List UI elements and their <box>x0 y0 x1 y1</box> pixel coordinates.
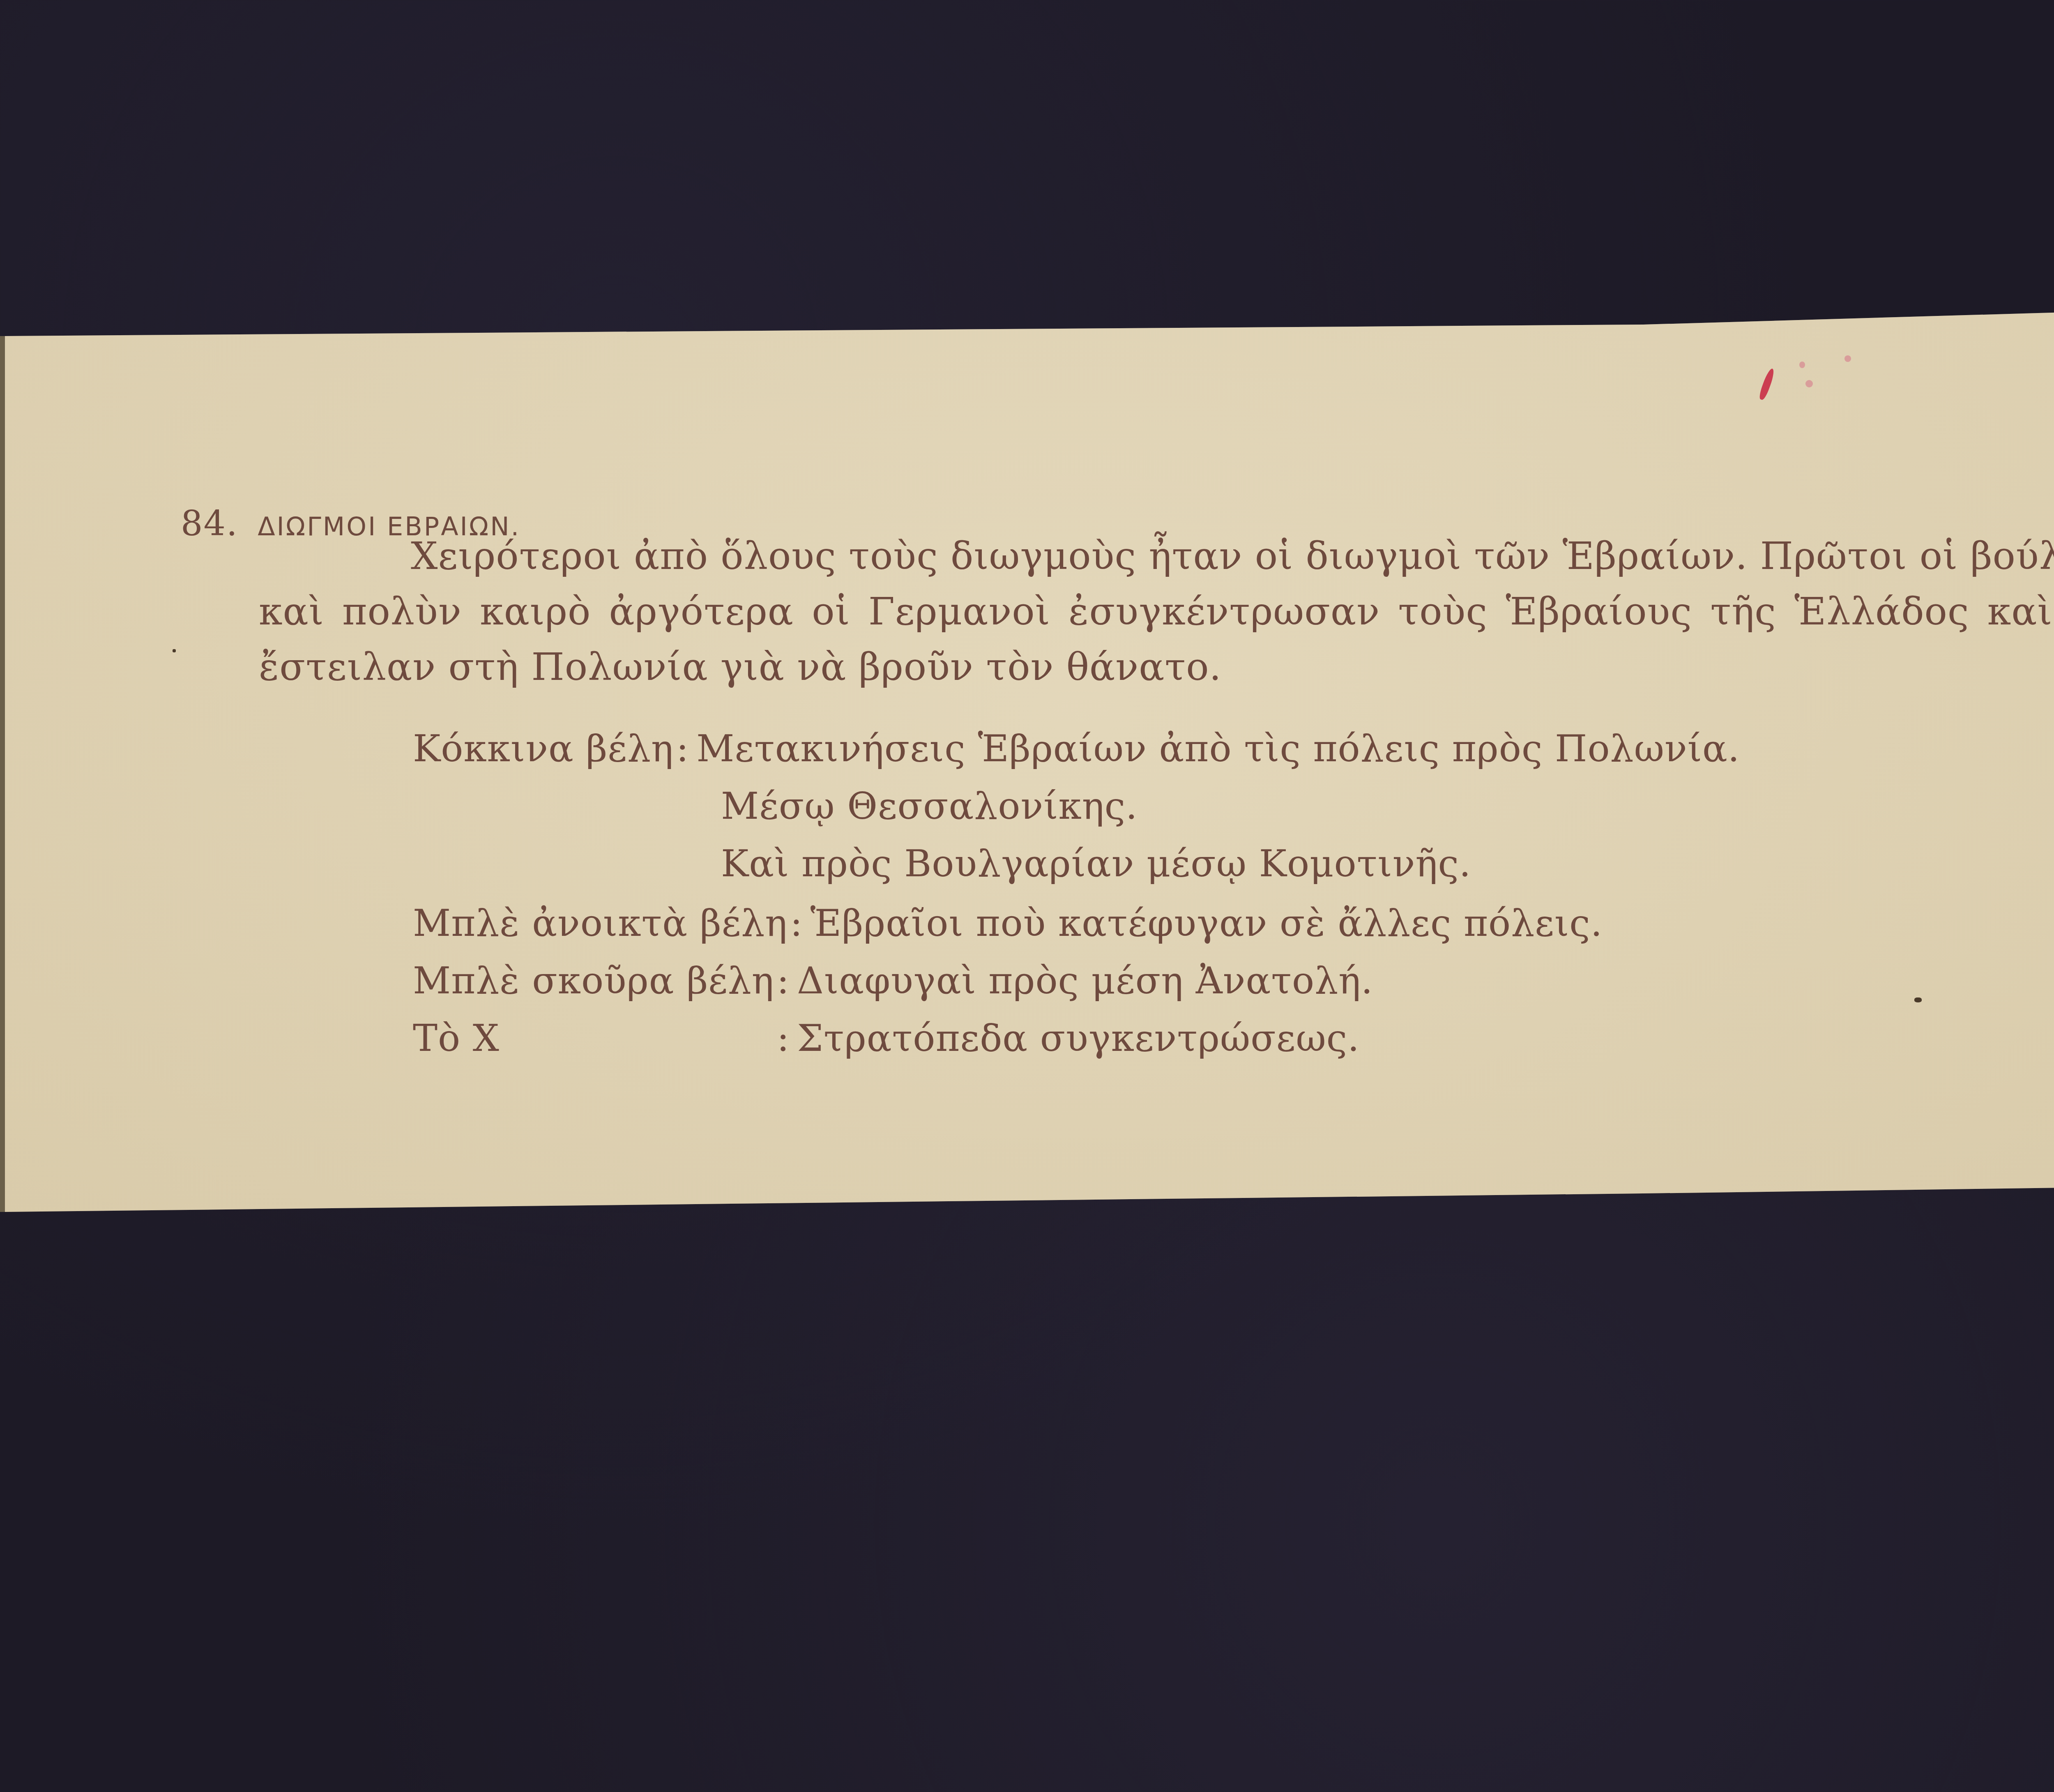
paper-speck <box>173 649 176 652</box>
legend-separator: : <box>676 727 689 770</box>
legend-item-red-arrows: Κόκκινα βέλη:Μετακινήσεις Ἑβραίων ἀπὸ τὶ… <box>413 727 1740 770</box>
paragraph-line: καὶ πολὺν καιρὸ ἀργότερα οἱ Γερμανοὶ ἐσυ… <box>259 590 2054 633</box>
legend-separator: : <box>790 902 803 945</box>
red-ink-dot <box>1805 380 1813 387</box>
red-ink-mark <box>1758 367 1776 401</box>
red-ink-dot <box>1844 355 1851 362</box>
section-number: 84. <box>181 503 238 544</box>
paper-speck <box>1914 997 1922 1002</box>
legend-item-dark-blue-arrows: Μπλὲ σκοῦρα βέλη:Διαφυγαὶ πρὸς μέση Ἀνατ… <box>413 959 1373 1002</box>
legend-separator: : <box>777 1017 790 1060</box>
legend-description: Στρατόπεδα συγκεντρώσεως. <box>797 1017 1360 1060</box>
legend-description: Μέσῳ Θεσσαλονίκης. <box>721 785 1138 828</box>
legend-description: Μετακινήσεις Ἑβραίων ἀπὸ τὶς πόλεις πρὸς… <box>696 727 1740 770</box>
legend-item-continuation: Μέσῳ Θεσσαλονίκης. <box>721 785 1138 828</box>
legend-description: Διαφυγαὶ πρὸς μέση Ἀνατολή. <box>797 959 1373 1002</box>
legend-label: Κόκκινα βέλη <box>413 727 674 770</box>
legend-label: Μπλὲ σκοῦρα βέλη <box>413 959 774 1002</box>
legend-item-light-blue-arrows: Μπλὲ ἀνοικτὰ βέλη:Ἑβραῖοι ποὺ κατέφυγαν … <box>413 902 1603 945</box>
paragraph-line: ἔστειλαν στὴ Πολωνία γιὰ νὰ βροῦν τὸν θά… <box>259 645 1222 689</box>
legend-label: Μπλὲ ἀνοικτὰ βέλη <box>413 902 788 945</box>
document-content: 84. ΔΙΩΓΜΟΙ ΕΒΡΑΙΩΝ. Χειρότεροι ἀπὸ ὅλου… <box>0 0 2054 1792</box>
legend-separator: : <box>777 959 790 1002</box>
legend-label: Τὸ Χ <box>413 1017 774 1060</box>
legend-item-continuation: Καὶ πρὸς Βουλγαρίαν μέσῳ Κομοτινῆς. <box>721 842 1471 885</box>
paragraph-line: Χειρότεροι ἀπὸ ὅλους τοὺς διωγμοὺς ἦταν … <box>411 534 2054 578</box>
legend-description: Ἑβραῖοι ποὺ κατέφυγαν σὲ ἄλλες πόλεις. <box>811 902 1603 945</box>
red-ink-dot <box>1799 362 1805 368</box>
legend-item-x-mark: Τὸ Χ:Στρατόπεδα συγκεντρώσεως. <box>413 1017 1360 1060</box>
legend-description: Καὶ πρὸς Βουλγαρίαν μέσῳ Κομοτινῆς. <box>721 842 1471 885</box>
